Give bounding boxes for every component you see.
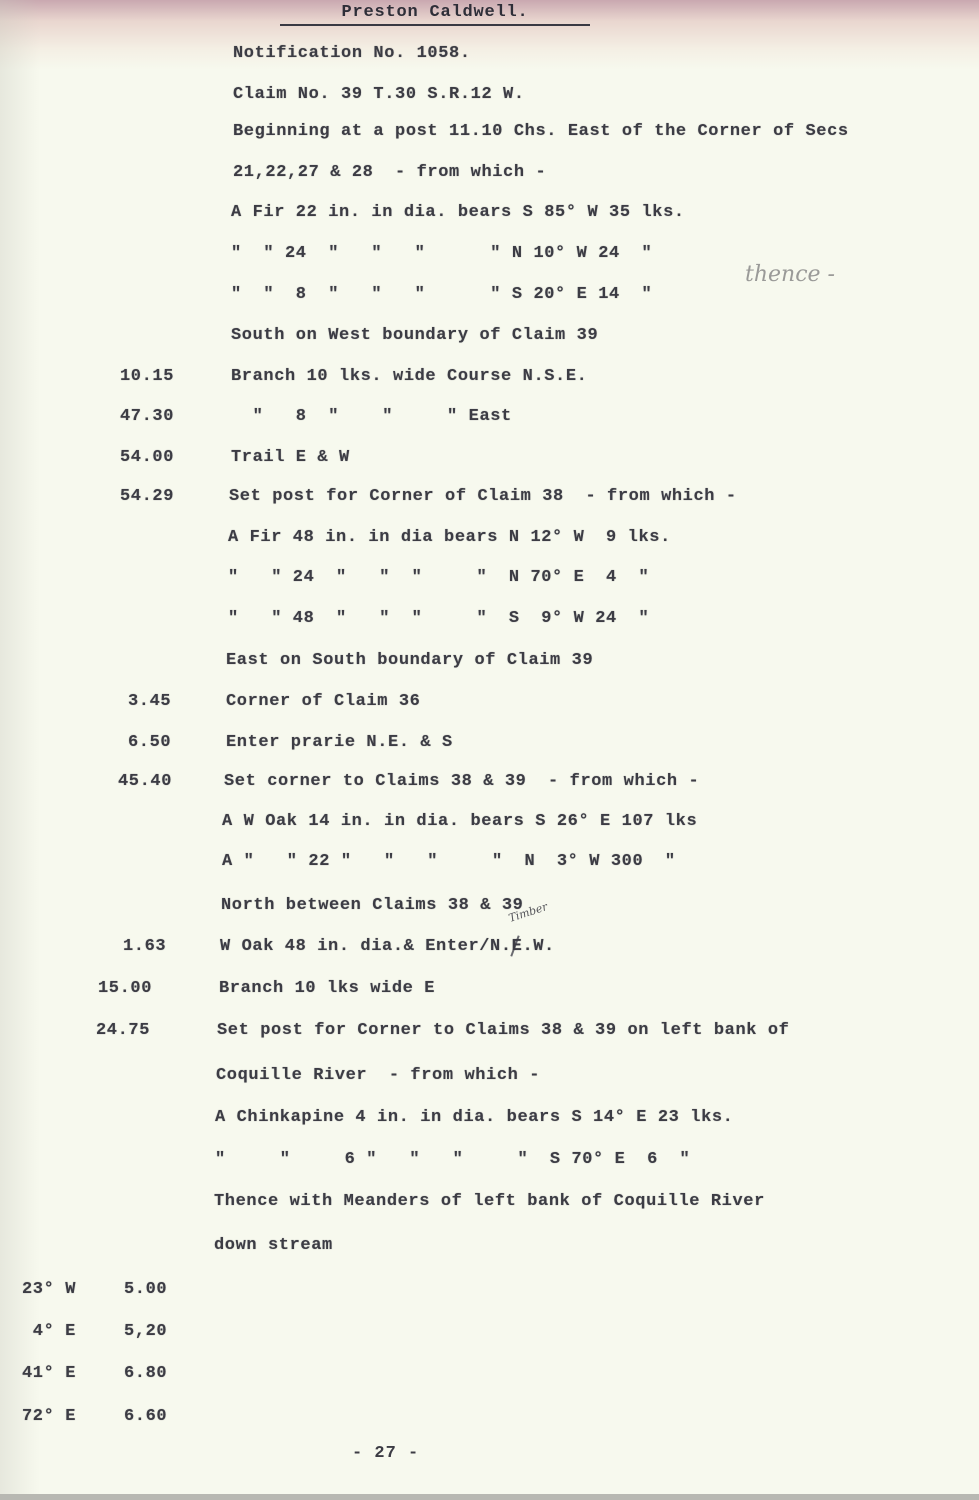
beginning-line-1: Beginning at a post 11.10 Chs. East of t… xyxy=(233,122,849,141)
bearing-tree-line: " " 6 " " " " S 70° E 6 " xyxy=(215,1150,690,1169)
bearing-tree-line: A Fir 22 in. in dia. bears S 85° W 35 lk… xyxy=(231,203,685,222)
chain-distance: 10.15 xyxy=(120,367,174,386)
bearing-tree-line: A W Oak 14 in. in dia. bears S 26° E 107… xyxy=(222,812,697,831)
entry-text: Branch 10 lks. wide Course N.S.E. xyxy=(231,367,587,386)
meander-chains: 5.00 xyxy=(124,1280,167,1299)
meander-chains: 5,20 xyxy=(124,1322,167,1341)
entry-text: Corner of Claim 36 xyxy=(226,692,420,711)
chain-distance: 45.40 xyxy=(118,772,172,791)
meander-heading: down stream xyxy=(214,1236,333,1255)
meander-bearing: 23° W xyxy=(8,1280,76,1299)
page-left-shading xyxy=(0,0,40,1500)
chain-distance: 15.00 xyxy=(98,979,152,998)
meander-bearing: 41° E xyxy=(8,1364,76,1383)
chain-distance: 24.75 xyxy=(96,1021,150,1040)
bearing-tree-line: " " 48 " " " " S 9° W 24 " xyxy=(228,609,649,628)
course-heading: South on West boundary of Claim 39 xyxy=(231,326,598,345)
notification-number: Notification No. 1058. xyxy=(233,44,471,63)
meander-bearing: 72° E xyxy=(8,1407,76,1426)
entry-text: " 8 " " " East xyxy=(231,407,512,426)
bearing-tree-line: " " 8 " " " " S 20° E 14 " xyxy=(231,285,652,304)
beginning-line-2: 21,22,27 & 28 - from which - xyxy=(233,163,546,182)
chain-distance: 54.00 xyxy=(120,448,174,467)
river-line: Coquille River - from which - xyxy=(216,1066,540,1085)
entry-text: W Oak 48 in. dia.& Enter/N.E.W. xyxy=(220,937,555,956)
page-bottom-edge xyxy=(0,1494,979,1500)
chain-distance: 3.45 xyxy=(128,692,171,711)
meander-chains: 6.60 xyxy=(124,1407,167,1426)
course-heading: North between Claims 38 & 39 xyxy=(221,896,523,915)
bearing-tree-line: " " 24 " " " " N 70° E 4 " xyxy=(228,568,649,587)
handwritten-note: thence - xyxy=(745,262,835,287)
entry-text: Branch 10 lks wide E xyxy=(219,979,435,998)
meander-chains: 6.80 xyxy=(124,1364,167,1383)
chain-distance: 47.30 xyxy=(120,407,174,426)
entry-text: Trail E & W xyxy=(231,448,350,467)
course-heading: East on South boundary of Claim 39 xyxy=(226,651,593,670)
entry-text: Set post for Corner to Claims 38 & 39 on… xyxy=(217,1021,790,1040)
document-heading: Preston Caldwell. xyxy=(280,3,590,26)
chain-distance: 6.50 xyxy=(128,733,171,752)
bearing-tree-line: A Fir 48 in. in dia bears N 12° W 9 lks. xyxy=(228,528,671,547)
page-number: - 27 - xyxy=(352,1444,419,1463)
entry-text: Enter prarie N.E. & S xyxy=(226,733,453,752)
chain-distance: 54.29 xyxy=(120,487,174,506)
entry-text: Set corner to Claims 38 & 39 - from whic… xyxy=(224,772,699,791)
entry-text: Set post for Corner of Claim 38 - from w… xyxy=(229,487,737,506)
bearing-tree-line: " " 24 " " " " N 10° W 24 " xyxy=(231,244,652,263)
chain-distance: 1.63 xyxy=(123,937,166,956)
claim-number: Claim No. 39 T.30 S.R.12 W. xyxy=(233,85,525,104)
meander-heading: Thence with Meanders of left bank of Coq… xyxy=(214,1192,765,1211)
bearing-tree-line: A " " 22 " " " " N 3° W 300 " xyxy=(222,852,676,871)
meander-bearing: 4° E xyxy=(8,1322,76,1341)
bearing-tree-line: A Chinkapine 4 in. in dia. bears S 14° E… xyxy=(215,1108,733,1127)
